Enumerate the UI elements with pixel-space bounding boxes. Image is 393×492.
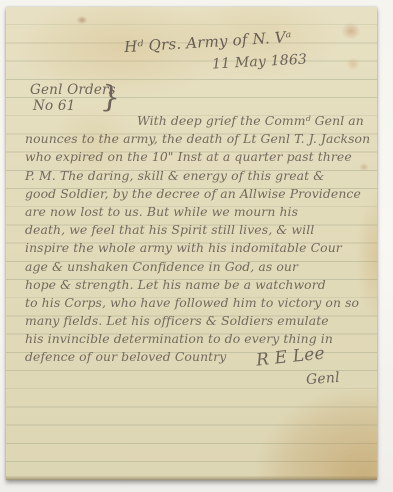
letter-date: 11 May 1863 [212,52,308,73]
letter-paper: Hᵈ Qrs. Army of N. Vᵃ 11 May 1863 Genl O… [6,7,377,480]
body-line: defence of our beloved Country [25,348,379,366]
order-brace-glyph: } [99,79,122,116]
body-line: his invincible determination to do every… [25,330,379,348]
body-line: With deep grief the Commᵈ Genl an [25,112,379,130]
body-line: many fields. Let his officers & Soldiers… [25,312,379,330]
body-line: to his Corps, who have followed him to v… [25,294,379,312]
body-line: nounces to the army, the death of Lt Gen… [25,130,379,148]
signature-rank: Genl [305,370,340,388]
body-line: death, we feel that his Spirit still liv… [25,221,379,239]
body-line: P. M. The daring, skill & energy of this… [25,167,379,185]
letter-heading-headquarters: Hᵈ Qrs. Army of N. Vᵃ [124,28,293,56]
letter-body: With deep grief the Commᵈ Genl an nounce… [25,112,379,367]
body-line: are now lost to us. But while we mourn h… [25,203,379,221]
body-line: inspire the whole army with his indomita… [25,239,379,257]
body-line: good Soldier, by the decree of an Allwis… [25,185,379,203]
body-line: hope & strength. Let his name be a watch… [25,276,379,294]
body-line: who expired on the 10" Inst at a quarter… [25,148,379,166]
body-line: age & unshaken Confidence in God, as our [25,258,379,276]
scanned-letter-page: { "document": { "heading_line1": "Hᵈ Qrs… [0,0,393,492]
